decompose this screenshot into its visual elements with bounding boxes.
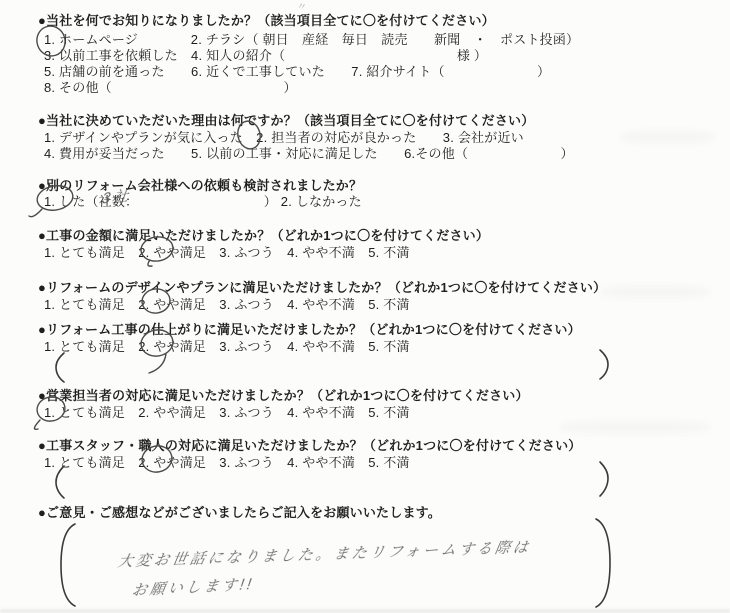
satisfaction-scale-q6: 1. とても満足 2. やや満足 3. ふつう 4. やや不満 5. 不満 (44, 336, 410, 355)
handwritten-circle-q7-tail (34, 420, 40, 429)
handwritten-circle-q3-tail (29, 209, 42, 217)
answer-bracket-q6-left (56, 353, 64, 382)
question-3-options-line-1: 1. した（社数： ） 2. しなかった (44, 191, 362, 210)
comment-bracket-left (61, 524, 75, 606)
scan-smudge (560, 420, 710, 434)
handwritten-comment-line-2: お願いします!! (130, 573, 256, 601)
comment-bracket-right (596, 519, 610, 607)
satisfaction-scale-q8: 1. とても満足 2. やや満足 3. ふつう 4. やや不満 5. 不満 (44, 452, 410, 471)
handwritten-circle-q6-tail (149, 354, 166, 373)
question-9-title: ●ご意見・ご感想などがございましたらご記入をお願いいたします。 (38, 502, 441, 521)
scan-smudge (620, 130, 715, 144)
satisfaction-scale-q5: 1. とても満足 2. やや満足 3. ふつう 4. やや不満 5. 不満 (44, 294, 410, 313)
survey-scan-page: 〃 ●当社を何でお知りになりましたか？（該当項目全てに〇を付けてください） 1.… (0, 0, 730, 613)
handwritten-company-count: 3社 (101, 184, 133, 208)
satisfaction-scale-q7: 1. とても満足 2. やや満足 3. ふつう 4. やや不満 5. 不満 (44, 402, 410, 421)
question-1-options-line-4: 8. その他（ ） (44, 77, 297, 96)
scan-edge-shadow (0, 609, 730, 613)
answer-bracket-q8-right (600, 462, 608, 496)
question-2-options-line-2: 4. 費用が妥当だった 5. 以前の工事・対応に満足した 6.その他（ ） (44, 143, 574, 162)
satisfaction-scale-q4: 1. とても満足 2. やや満足 3. ふつう 4. やや不満 5. 不満 (44, 242, 410, 261)
handwritten-comment-line-1: 大変お世話になりました。またリフォームする際は (116, 536, 533, 572)
answer-bracket-q6-right (600, 350, 608, 379)
question-1-title: ●当社を何でお知りになりましたか？（該当項目全てに〇を付けてください） (38, 10, 495, 29)
scan-smudge (600, 285, 710, 299)
